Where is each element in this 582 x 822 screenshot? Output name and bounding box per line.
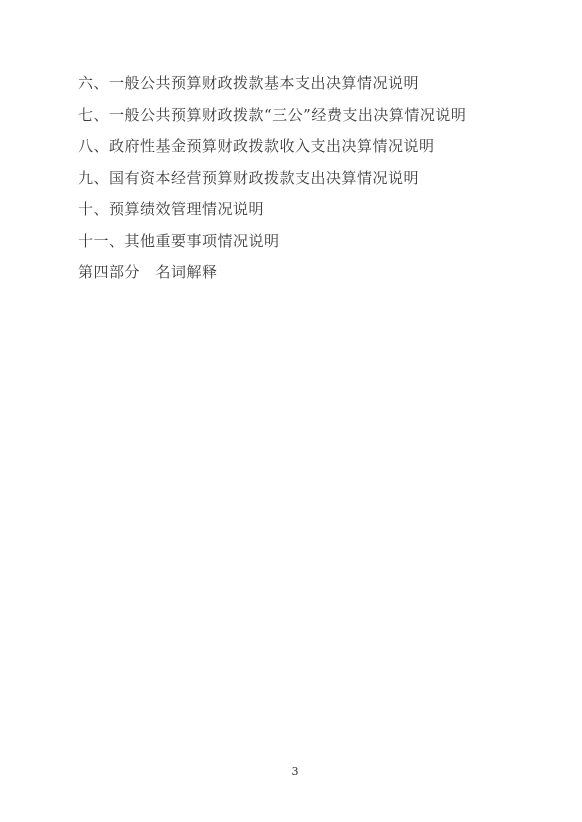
document-page: 六、一般公共预算财政拨款基本支出决算情况说明 七、一般公共预算财政拨款“三公”经… <box>0 0 582 822</box>
toc-section-4-heading: 第四部分 名词解释 <box>78 257 522 289</box>
toc-item-7: 七、一般公共预算财政拨款“三公”经费支出决算情况说明 <box>78 100 522 132</box>
toc-item-9: 九、国有资本经营预算财政拨款支出决算情况说明 <box>78 163 522 195</box>
page-footer: 3 <box>0 760 582 779</box>
toc-item-8: 八、政府性基金预算财政拨款收入支出决算情况说明 <box>78 131 522 163</box>
toc-item-6: 六、一般公共预算财政拨款基本支出决算情况说明 <box>78 68 522 100</box>
toc-item-10: 十、预算绩效管理情况说明 <box>78 194 522 226</box>
table-of-contents: 六、一般公共预算财政拨款基本支出决算情况说明 七、一般公共预算财政拨款“三公”经… <box>78 68 522 289</box>
page-number: 3 <box>292 765 299 778</box>
toc-item-11: 十一、其他重要事项情况说明 <box>78 226 522 258</box>
